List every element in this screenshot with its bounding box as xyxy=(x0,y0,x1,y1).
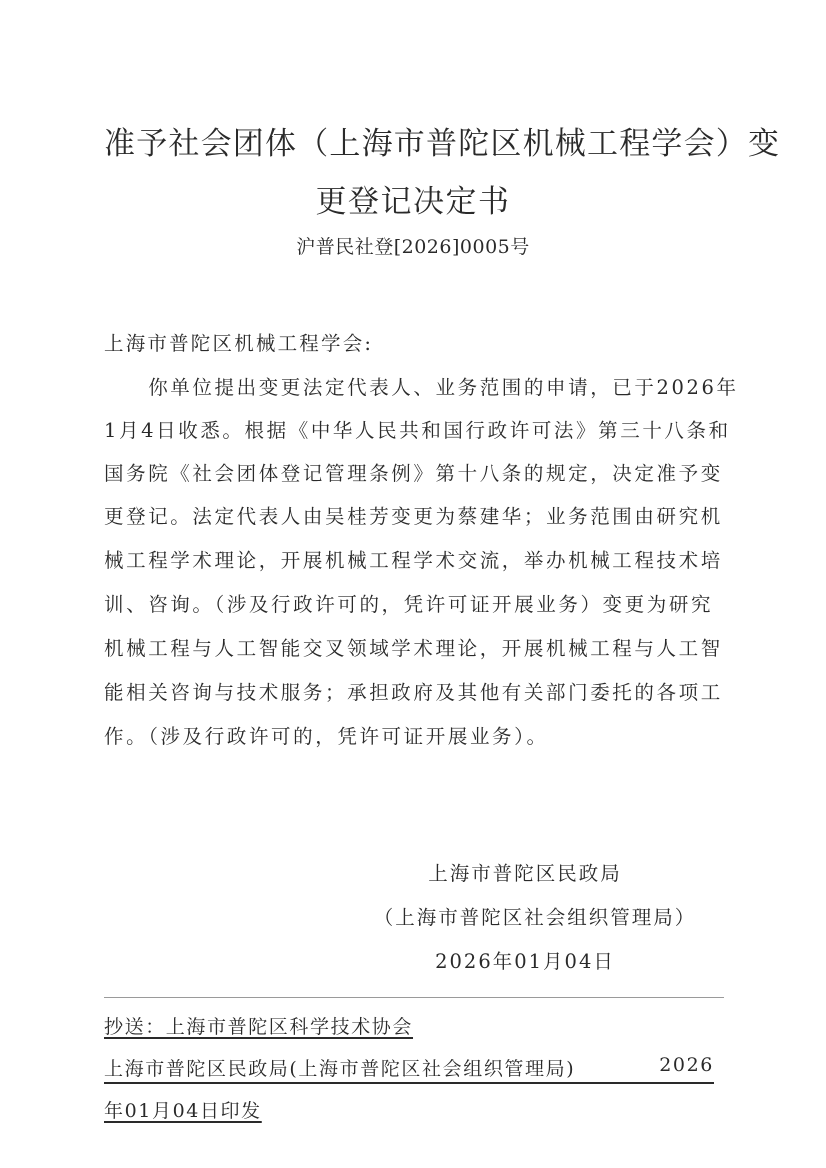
body-line: 能相关咨询与技术服务；承担政府及其他有关部门委托的各项工 xyxy=(104,677,726,705)
document-title-line-1: 准予社会团体（上海市普陀区机械工程学会）变 xyxy=(104,118,724,163)
body-line: 械工程学术理论，开展机械工程学术交流，举办机械工程技术培 xyxy=(104,545,726,573)
printed-year: 2026 xyxy=(659,1054,714,1081)
printed-by-line: 上海市普陀区民政局(上海市普陀区社会组织管理局) 2026 xyxy=(104,1054,714,1084)
body-line: 1月4日收悉。根据《中华人民共和国行政许可法》第三十八条和 xyxy=(104,415,726,443)
issuer-alt-name: （上海市普陀区社会组织管理局） xyxy=(350,902,720,930)
document-title-line-2: 更登记决定书 xyxy=(0,176,826,221)
printed-date: 年01月04日印发 xyxy=(104,1096,262,1123)
printed-by: 上海市普陀区民政局(上海市普陀区社会组织管理局) xyxy=(104,1054,575,1081)
body-line: 训、咨询。（涉及行政许可的，凭许可证开展业务）变更为研究 xyxy=(104,589,726,617)
issue-date: 2026年01月04日 xyxy=(340,946,710,974)
body-line: 机械工程与人工智能交叉领域学术理论，开展机械工程与人工智 xyxy=(104,633,726,661)
body-line: 国务院《社会团体登记管理条例》第十八条的规定，决定准予变 xyxy=(104,458,726,486)
addressee: 上海市普陀区机械工程学会: xyxy=(104,328,373,356)
footer-divider xyxy=(104,997,724,998)
document-number: 沪普民社登[2026]0005号 xyxy=(0,232,826,259)
body-line: 作。（涉及行政许可的，凭许可证开展业务）。 xyxy=(104,721,726,749)
issuer-name: 上海市普陀区民政局 xyxy=(340,858,710,886)
cc-recipients: 抄送：上海市普陀区科学技术协会 xyxy=(104,1012,413,1039)
body-line: 你单位提出变更法定代表人、业务范围的申请，已于2026年 xyxy=(104,372,726,400)
body-line: 更登记。法定代表人由吴桂芳变更为蔡建华；业务范围由研究机 xyxy=(104,501,726,529)
